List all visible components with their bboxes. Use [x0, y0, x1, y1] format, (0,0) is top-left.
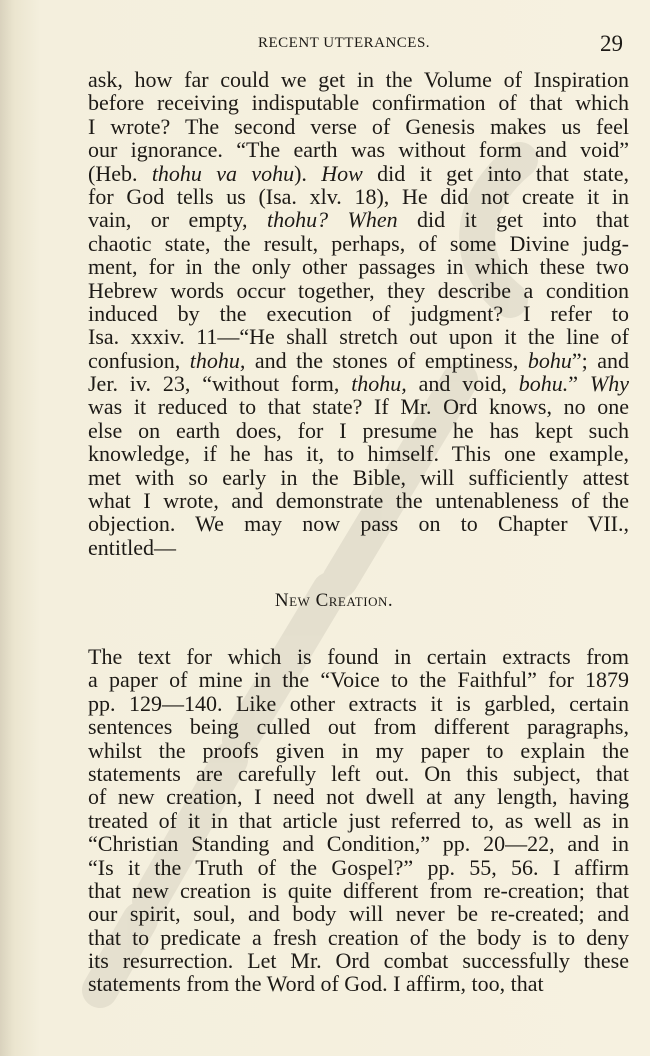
italic-text: thohu va vohu [152, 161, 294, 186]
text-line: Jer. iv. 23, “without form, thohu, and v… [88, 372, 629, 395]
text-line: pp. 129—140. Like other extracts it is g… [88, 692, 629, 715]
text-line: met with so early in the Bible, will suf… [88, 466, 629, 489]
italic-text: When [348, 207, 398, 232]
paragraph-1: ask, how far could we get in the Volume … [88, 68, 629, 559]
text-line: that to predicate a fresh creation of th… [88, 926, 629, 949]
text-line: entitled— [88, 536, 629, 559]
running-head: RECENT UTTERANCES. 29 [88, 33, 623, 57]
text-line: “Christian Standing and Condition,” pp. … [88, 832, 629, 855]
book-page: RECENT UTTERANCES. 29 ask, how far could… [0, 0, 650, 1056]
text-line: The text for which is found in certain e… [88, 645, 629, 668]
text-line: “Is it the Truth of the Gospel?” pp. 55,… [88, 856, 629, 879]
text-line: knowledge, if he has it, to himself. Thi… [88, 442, 629, 465]
italic-text: thohu, [351, 371, 407, 396]
text-line: I wrote? The second verse of Genesis mak… [88, 115, 629, 138]
text-line: confusion, thohu, and the stones of empt… [88, 349, 629, 372]
text-line: what I wrote, and demonstrate the untena… [88, 489, 629, 512]
text-line: treated of it in that article just refer… [88, 809, 629, 832]
paragraph-2: The text for which is found in certain e… [88, 645, 629, 996]
text-line: that new creation is quite different fro… [88, 879, 629, 902]
text-line: its resurrection. Let Mr. Ord combat suc… [88, 949, 629, 972]
text-line: chaotic state, the result, perhaps, of s… [88, 232, 629, 255]
text-line: sentences being culled out from differen… [88, 715, 629, 738]
text-line: our ignorance. “The earth was without fo… [88, 138, 629, 161]
text-line: else on earth does, for I presume he has… [88, 419, 629, 442]
italic-text: How [321, 161, 363, 186]
text-line: statements from the Word of God. I affir… [88, 972, 629, 995]
text-line: whilst the proofs given in my paper to e… [88, 739, 629, 762]
text-line: statements are carefully left out. On th… [88, 762, 629, 785]
page-number: 29 [600, 31, 623, 57]
text-line: induced by the execution of judgment? I … [88, 302, 629, 325]
text-line: was it reduced to that state? If Mr. Ord… [88, 395, 629, 418]
text-line: (Heb. thohu va vohu). How did it get int… [88, 162, 629, 185]
text-line: our spirit, soul, and body will never be… [88, 902, 629, 925]
text-line: for God tells us (Isa. xlv. 18), He did … [88, 185, 629, 208]
text-line: Hebrew words occur together, they descri… [88, 279, 629, 302]
text-line: of new creation, I need not dwell at any… [88, 785, 629, 808]
text-line: a paper of mine in the “Voice to the Fai… [88, 668, 629, 691]
italic-text: Why [590, 371, 629, 396]
running-title: RECENT UTTERANCES. [258, 35, 430, 52]
text-line: ask, how far could we get in the Volume … [88, 68, 629, 91]
text-line: before receiving indisputable confirmati… [88, 91, 629, 114]
italic-text: thohu, [190, 348, 246, 373]
text-line: Isa. xxxiv. 11—“He shall stretch out upo… [88, 325, 629, 348]
text-line: vain, or empty, thohu? When did it get i… [88, 208, 629, 231]
section-heading: New Creation. [0, 590, 650, 612]
italic-text: thohu? [267, 207, 328, 232]
text-line: ment, for in the only other passages in … [88, 255, 629, 278]
italic-text: bohu [528, 348, 572, 373]
italic-text: bohu. [519, 371, 569, 396]
text-line: objection. We may now pass on to Chapter… [88, 512, 629, 535]
